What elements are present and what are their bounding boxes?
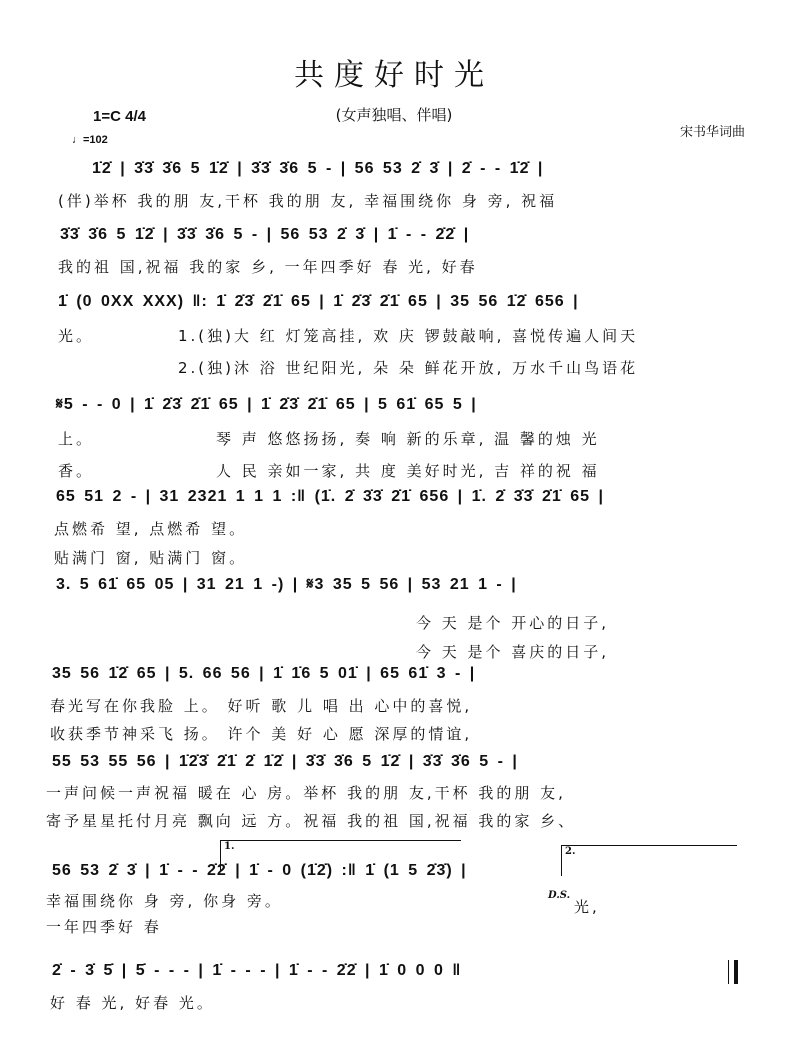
final-barline [728,960,738,984]
tempo-marking: ♩=102 [72,134,108,146]
notation-row-6: 3. 5 61̇ 65 05 | 31 21 1 -) | 𝄋3 35 5 56… [56,576,517,594]
lyric-row-6-line-1: 今 天 是个 开心的日子, [416,612,609,633]
lyric-row-2-line-1: 我的祖 国,祝福 我的家 乡, 一年四季好 春 光, 好春 [58,256,478,277]
lyric-row-5-line-1: 点燃希 望, 点燃希 望。 [54,518,247,539]
lyric-row-9-line-2: 一年四季好 春 [46,916,162,937]
lyric-row-9-line-1: 幸福围绕你 身 旁, 你身 旁。 [46,890,283,911]
lyric-row-4-verse-2-start: 香。 [58,460,94,481]
notation-row-10: 2̇ - 3̇ 5̇ | 5̇ - - - | 1̇ - - - | 1̇ - … [52,962,461,980]
lyric-row-3-line-1: 光。 [58,325,94,346]
lyric-row-3-verse-2: 2.(独)沐 浴 世纪阳光, 朵 朵 鲜花开放, 万水千山鸟语花 [178,357,638,378]
notation-row-4: 𝄋5 - - 0 | 1̇ 2̇3̇ 2̇1̇ 65 | 1̇ 2̇3̇ 2̇1… [56,396,477,414]
lyric-row-1-line-1: (伴)举杯 我的朋 友,干杯 我的朋 友, 幸福围绕你 身 旁, 祝福 [58,190,557,211]
lyric-row-7-line-2: 收获季节神采飞 扬。 许个 美 好 心 愿 深厚的情谊, [50,723,472,744]
lyric-row-5-line-2: 贴满门 窗, 贴满门 窗。 [54,547,247,568]
lyric-row-4-verse-1-start: 上。 [58,428,94,449]
lyric-row-10-line-1: 好 春 光, 好春 光。 [50,992,215,1013]
notation-row-1: 1̇2̇ | 3̇3̇ 3̇6 5 1̇2̇ | 3̇3̇ 3̇6 5 - | … [92,160,543,178]
notation-row-7: 35 56 1̇2̇ 65 | 5. 66 56 | 1̇ 1̇6 5 01̇ … [52,665,475,683]
notation-row-9: 56 53 2̇ 3̇ | 1̇ - - 2̇2̇ | 1̇ - 0 (1̇2̇… [52,862,467,880]
notation-row-2: 3̇3̇ 3̇6 5 1̇2̇ | 3̇3̇ 3̇6 5 - | 56 53 2… [60,226,469,244]
notation-row-5: 65 51 2 - | 31 2321 1 1 1 :‖ (1̇. 2̇ 3̇3… [56,488,604,506]
song-title: 共度好时光 [0,50,788,94]
lyric-row-3-verse-1: 1.(独)大 红 灯笼高挂, 欢 庆 锣鼓敲响, 喜悦传遍人间天 [178,325,638,346]
lyric-row-7-line-1: 春光写在你我脸 上。 好听 歌 儿 唱 出 心中的喜悦, [50,695,472,716]
key-signature: 1=C 4/4 [93,108,146,125]
volta-2-label: 2. [565,846,575,857]
volta-1-label: 1. [224,841,234,852]
notation-row-8: 55 53 55 56 | 1̇2̇3̇ 2̇1̇ 2̇ 1̇2̇ | 3̇3̇… [52,753,518,771]
composer-credit: 宋书华词曲 [680,121,745,140]
lyric-row-8-line-2: 寄予星星托付月亮 飘向 远 方。祝福 我的祖 国,祝福 我的家 乡、 [46,810,576,831]
lyric-row-8-line-1: 一声问候一声祝福 暖在 心 房。举杯 我的朋 友,干杯 我的朋 友, [46,782,566,803]
da-segno-marker: D.S. [548,890,570,901]
lyric-row-4-verse-2: 人 民 亲如一家, 共 度 美好时光, 吉 祥的祝 福 [216,460,600,481]
notation-row-3: 1̇ (0 0XX XXX) ‖: 1̇ 2̇3̇ 2̇1̇ 65 | 1̇ 2… [58,293,579,311]
volta-bracket-2: 2. [561,845,737,876]
lyric-row-4-verse-1: 琴 声 悠悠扬扬, 奏 响 新的乐章, 温 馨的烛 光 [216,428,600,449]
lyric-row-9-ending: 光, [574,896,600,917]
lyric-row-6-line-2: 今 天 是个 喜庆的日子, [416,641,609,662]
